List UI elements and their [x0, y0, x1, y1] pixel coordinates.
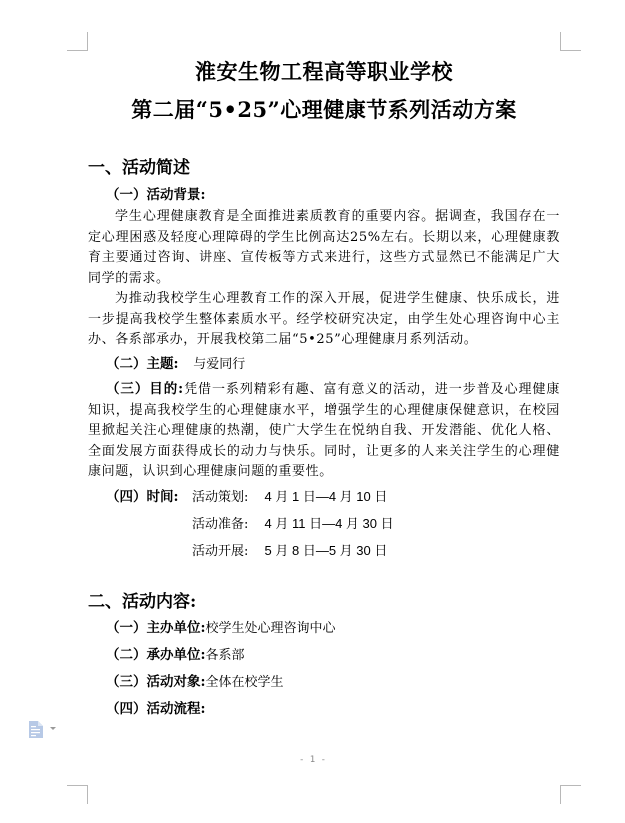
content-item-audience: （三）活动对象:全体在校学生	[106, 670, 284, 690]
content-item-label: （三）活动对象:	[106, 674, 205, 690]
schedule-phase: 活动准备:	[192, 517, 248, 532]
section1-heading: 一、活动简述	[88, 153, 190, 178]
content-item-label: （四）活动流程:	[106, 701, 205, 717]
purpose-label: （三）目的:	[106, 381, 184, 397]
background-label: （一）活动背景:	[106, 183, 205, 203]
content-item-value: 校学生处心理咨询中心	[205, 621, 335, 636]
theme-row: （二）主题: 与爱同行	[106, 352, 245, 372]
background-paragraph-1: 学生心理健康教育是全面推进素质教育的重要内容。据调查，我国存在一定心理困惑及轻度…	[88, 207, 560, 289]
content-item-co-organizer: （二）承办单位:各系部	[106, 643, 245, 663]
page-corner-mark-bottom-left	[67, 785, 88, 804]
schedule-dates: 4 月 11 日—4 月 30 日	[265, 516, 394, 531]
schedule-row: 活动开展: 5 月 8 日—5 月 30 日	[192, 540, 387, 559]
page-corner-mark-bottom-right	[560, 785, 581, 804]
content-item-value: 全体在校学生	[205, 675, 283, 690]
page-number: - 1 -	[0, 755, 625, 765]
document-title-plan: 第二届“5•25”心理健康节系列活动方案	[88, 94, 560, 124]
schedule-row: 活动准备: 4 月 11 日—4 月 30 日	[192, 513, 394, 532]
section2-heading: 二、活动内容:	[88, 587, 196, 612]
content-item-value: 各系部	[205, 648, 244, 663]
theme-value: 与爱同行	[193, 357, 245, 372]
schedule-dates: 4 月 1 日—4 月 10 日	[265, 489, 388, 504]
schedule-phase: 活动开展:	[192, 544, 248, 559]
schedule-label: （四）时间:	[106, 485, 178, 505]
schedule-dates: 5 月 8 日—5 月 30 日	[265, 543, 388, 558]
schedule-phase: 活动策划:	[192, 490, 248, 505]
chevron-down-icon[interactable]	[50, 727, 56, 730]
document-icon[interactable]	[29, 721, 43, 738]
content-item-label: （一）主办单位:	[106, 620, 205, 636]
theme-label: （二）主题:	[106, 356, 178, 372]
content-item-label: （二）承办单位:	[106, 647, 205, 663]
document-title-school: 淮安生物工程高等职业学校	[88, 56, 560, 86]
page-corner-mark-top-left	[67, 32, 88, 51]
page-corner-mark-top-right	[560, 32, 581, 51]
content-item-organizer: （一）主办单位:校学生处心理咨询中心	[106, 616, 336, 636]
schedule-row: 活动策划: 4 月 1 日—4 月 10 日	[192, 486, 387, 505]
background-paragraph-2: 为推动我校学生心理教育工作的深入开展，促进学生健康、快乐成长，进一步提高我校学生…	[88, 289, 560, 351]
purpose-paragraph: （三）目的:凭借一系列精彩有趣、富有意义的活动，进一步普及心理健康知识，提高我校…	[88, 379, 560, 483]
content-item-process: （四）活动流程:	[106, 697, 205, 717]
